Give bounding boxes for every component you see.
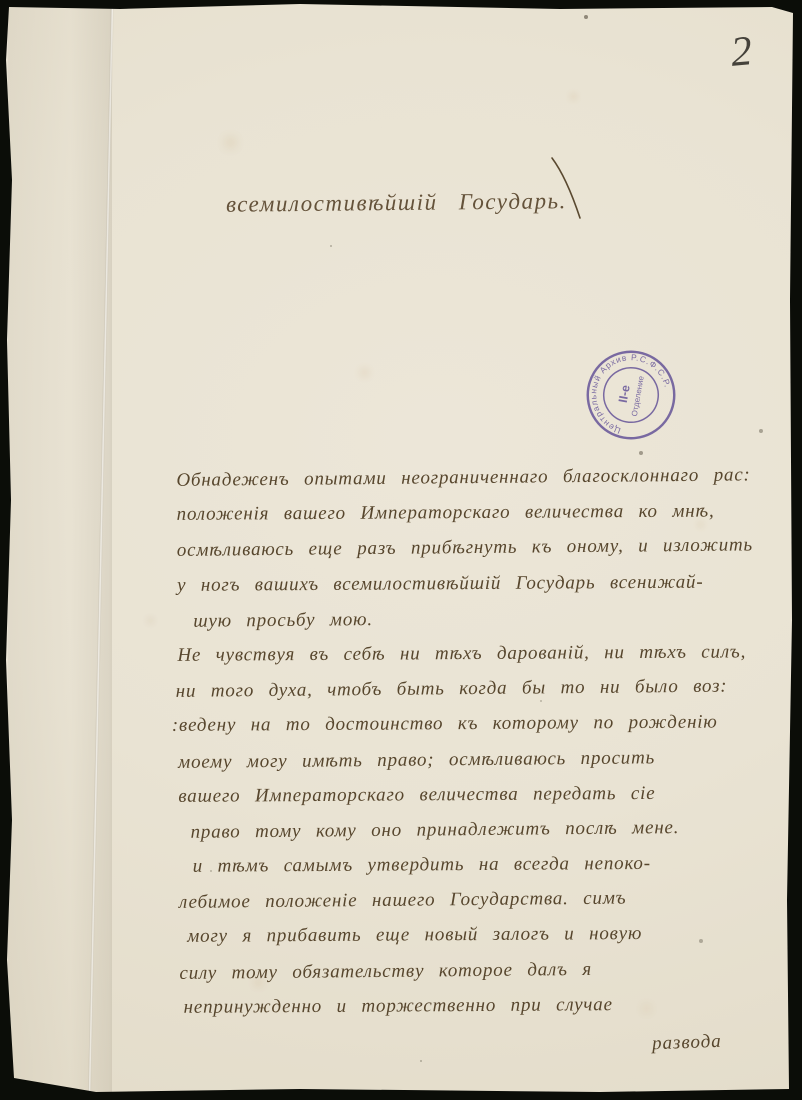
manuscript-line: у ногъ вашихъ всемилостивѣйшій Государь … (177, 564, 777, 603)
manuscript-line: могу я прибавить еще новый залогъ и нову… (187, 916, 779, 955)
stamp-center-line1: II-е (616, 384, 633, 404)
archive-stamp: Центральный Архив Р.С.Ф.С.Р. II-е Отделе… (577, 341, 686, 450)
manuscript-paper: 2 всемилостивѣйшій Государь. Центральный… (0, 0, 802, 1100)
salutation-line: всемилостивѣйшій Государь. (226, 188, 567, 218)
photograph-frame: 2 всемилостивѣйшій Государь. Центральный… (0, 0, 802, 1100)
manuscript-line: силу тому обязательству которое далъ я (179, 950, 779, 991)
ink-specks (0, 0, 2, 2)
manuscript-line: моему могу имѣть право; осмѣливаюсь прос… (178, 739, 778, 780)
foxing-stains (0, 0, 1, 1)
page-number: 2 (729, 27, 754, 77)
stamp-center-line2: Отделение (630, 375, 646, 417)
catchword: развода (652, 1031, 723, 1055)
manuscript-line: Обнадеженъ опытами неограниченнаго благо… (176, 457, 776, 498)
manuscript-line: непринужденно и торжественно при случае (184, 986, 780, 1025)
manuscript-line: шую просьбу мою. (193, 598, 777, 639)
manuscript-line: Не чувствуя въ себѣ ни тѣхъ дарованій, н… (177, 634, 777, 673)
manuscript-line: положенія вашего Императорскаго величест… (177, 493, 777, 532)
manuscript-line: право тому кому оно принадлежитъ послѣ м… (190, 809, 778, 850)
manuscript-line: вашего Императорскаго величества передат… (178, 775, 778, 814)
manuscript-line: ни того духа, чтобъ быть когда бы то ни … (176, 668, 778, 709)
manuscript-line: и тѣмъ самымъ утвердить на всегда непоко… (193, 845, 779, 884)
manuscript-line: осмѣливаюсь еще разъ прибѣгнуть къ оному… (177, 527, 777, 568)
manuscript-line: лебимое положеніе нашего Государства. си… (179, 879, 779, 920)
left-fold-shading (8, 0, 112, 1100)
manuscript-line: :ведену на то достоинство къ которому по… (172, 704, 778, 743)
letter-body: Обнадеженъ опытами неограниченнаго благо… (176, 458, 779, 1025)
